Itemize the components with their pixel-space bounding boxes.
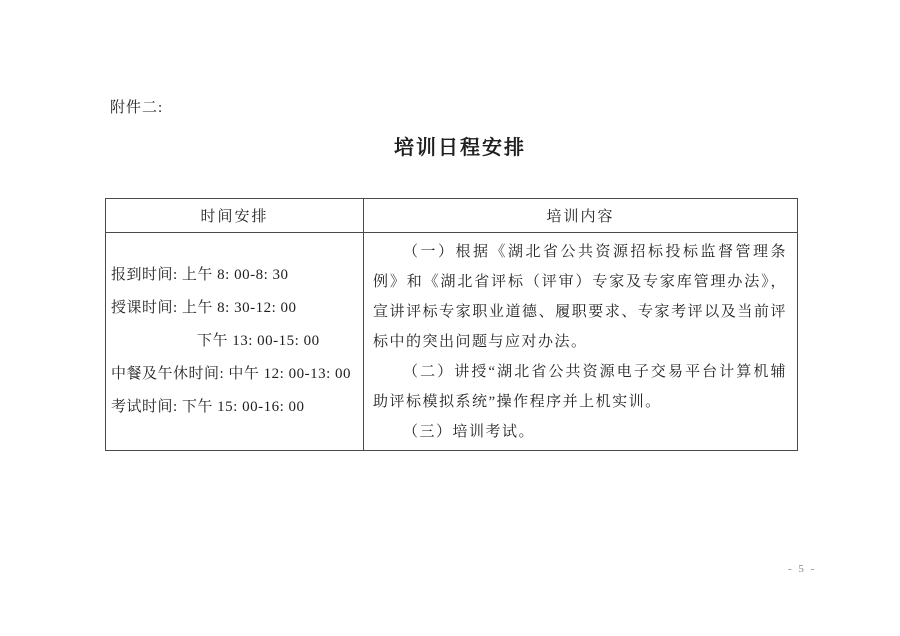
page-number: - 5 - [788, 563, 816, 575]
content-paragraph-3: （三）培训考试。 [373, 417, 787, 447]
column-header-content: 培训内容 [364, 199, 798, 233]
attachment-label: 附件二: [110, 96, 163, 117]
time-schedule-cell: 报到时间: 上午 8: 00-8: 30 授课时间: 上午 8: 30-12: … [106, 233, 364, 451]
document-page: 附件二: 培训日程安排 时间安排 培训内容 报到时间: 上午 8: 00-8: … [0, 0, 900, 636]
time-line-lecture-morning: 授课时间: 上午 8: 30-12: 00 [111, 292, 361, 325]
time-line-registration: 报到时间: 上午 8: 00-8: 30 [111, 259, 361, 292]
time-line-lecture-afternoon: 下午 13: 00-15: 00 [111, 325, 361, 358]
page-title: 培训日程安排 [105, 131, 815, 160]
content-paragraph-1: （一）根据《湖北省公共资源招标投标监督管理条例》和《湖北省评标（评审）专家及专家… [373, 237, 787, 357]
time-line-exam: 考试时间: 下午 15: 00-16: 00 [111, 391, 361, 424]
content-paragraph-2: （二）讲授“湖北省公共资源电子交易平台计算机辅助评标模拟系统”操作程序并上机实训… [373, 357, 787, 417]
schedule-table: 时间安排 培训内容 报到时间: 上午 8: 00-8: 30 授课时间: 上午 … [105, 198, 798, 451]
column-header-time: 时间安排 [106, 199, 364, 233]
table-header-row: 时间安排 培训内容 [106, 199, 798, 233]
table-body-row: 报到时间: 上午 8: 00-8: 30 授课时间: 上午 8: 30-12: … [106, 233, 798, 451]
training-content-cell: （一）根据《湖北省公共资源招标投标监督管理条例》和《湖北省评标（评审）专家及专家… [364, 233, 798, 451]
time-line-lunch-break: 中餐及午休时间: 中午 12: 00-13: 00 [111, 358, 361, 391]
